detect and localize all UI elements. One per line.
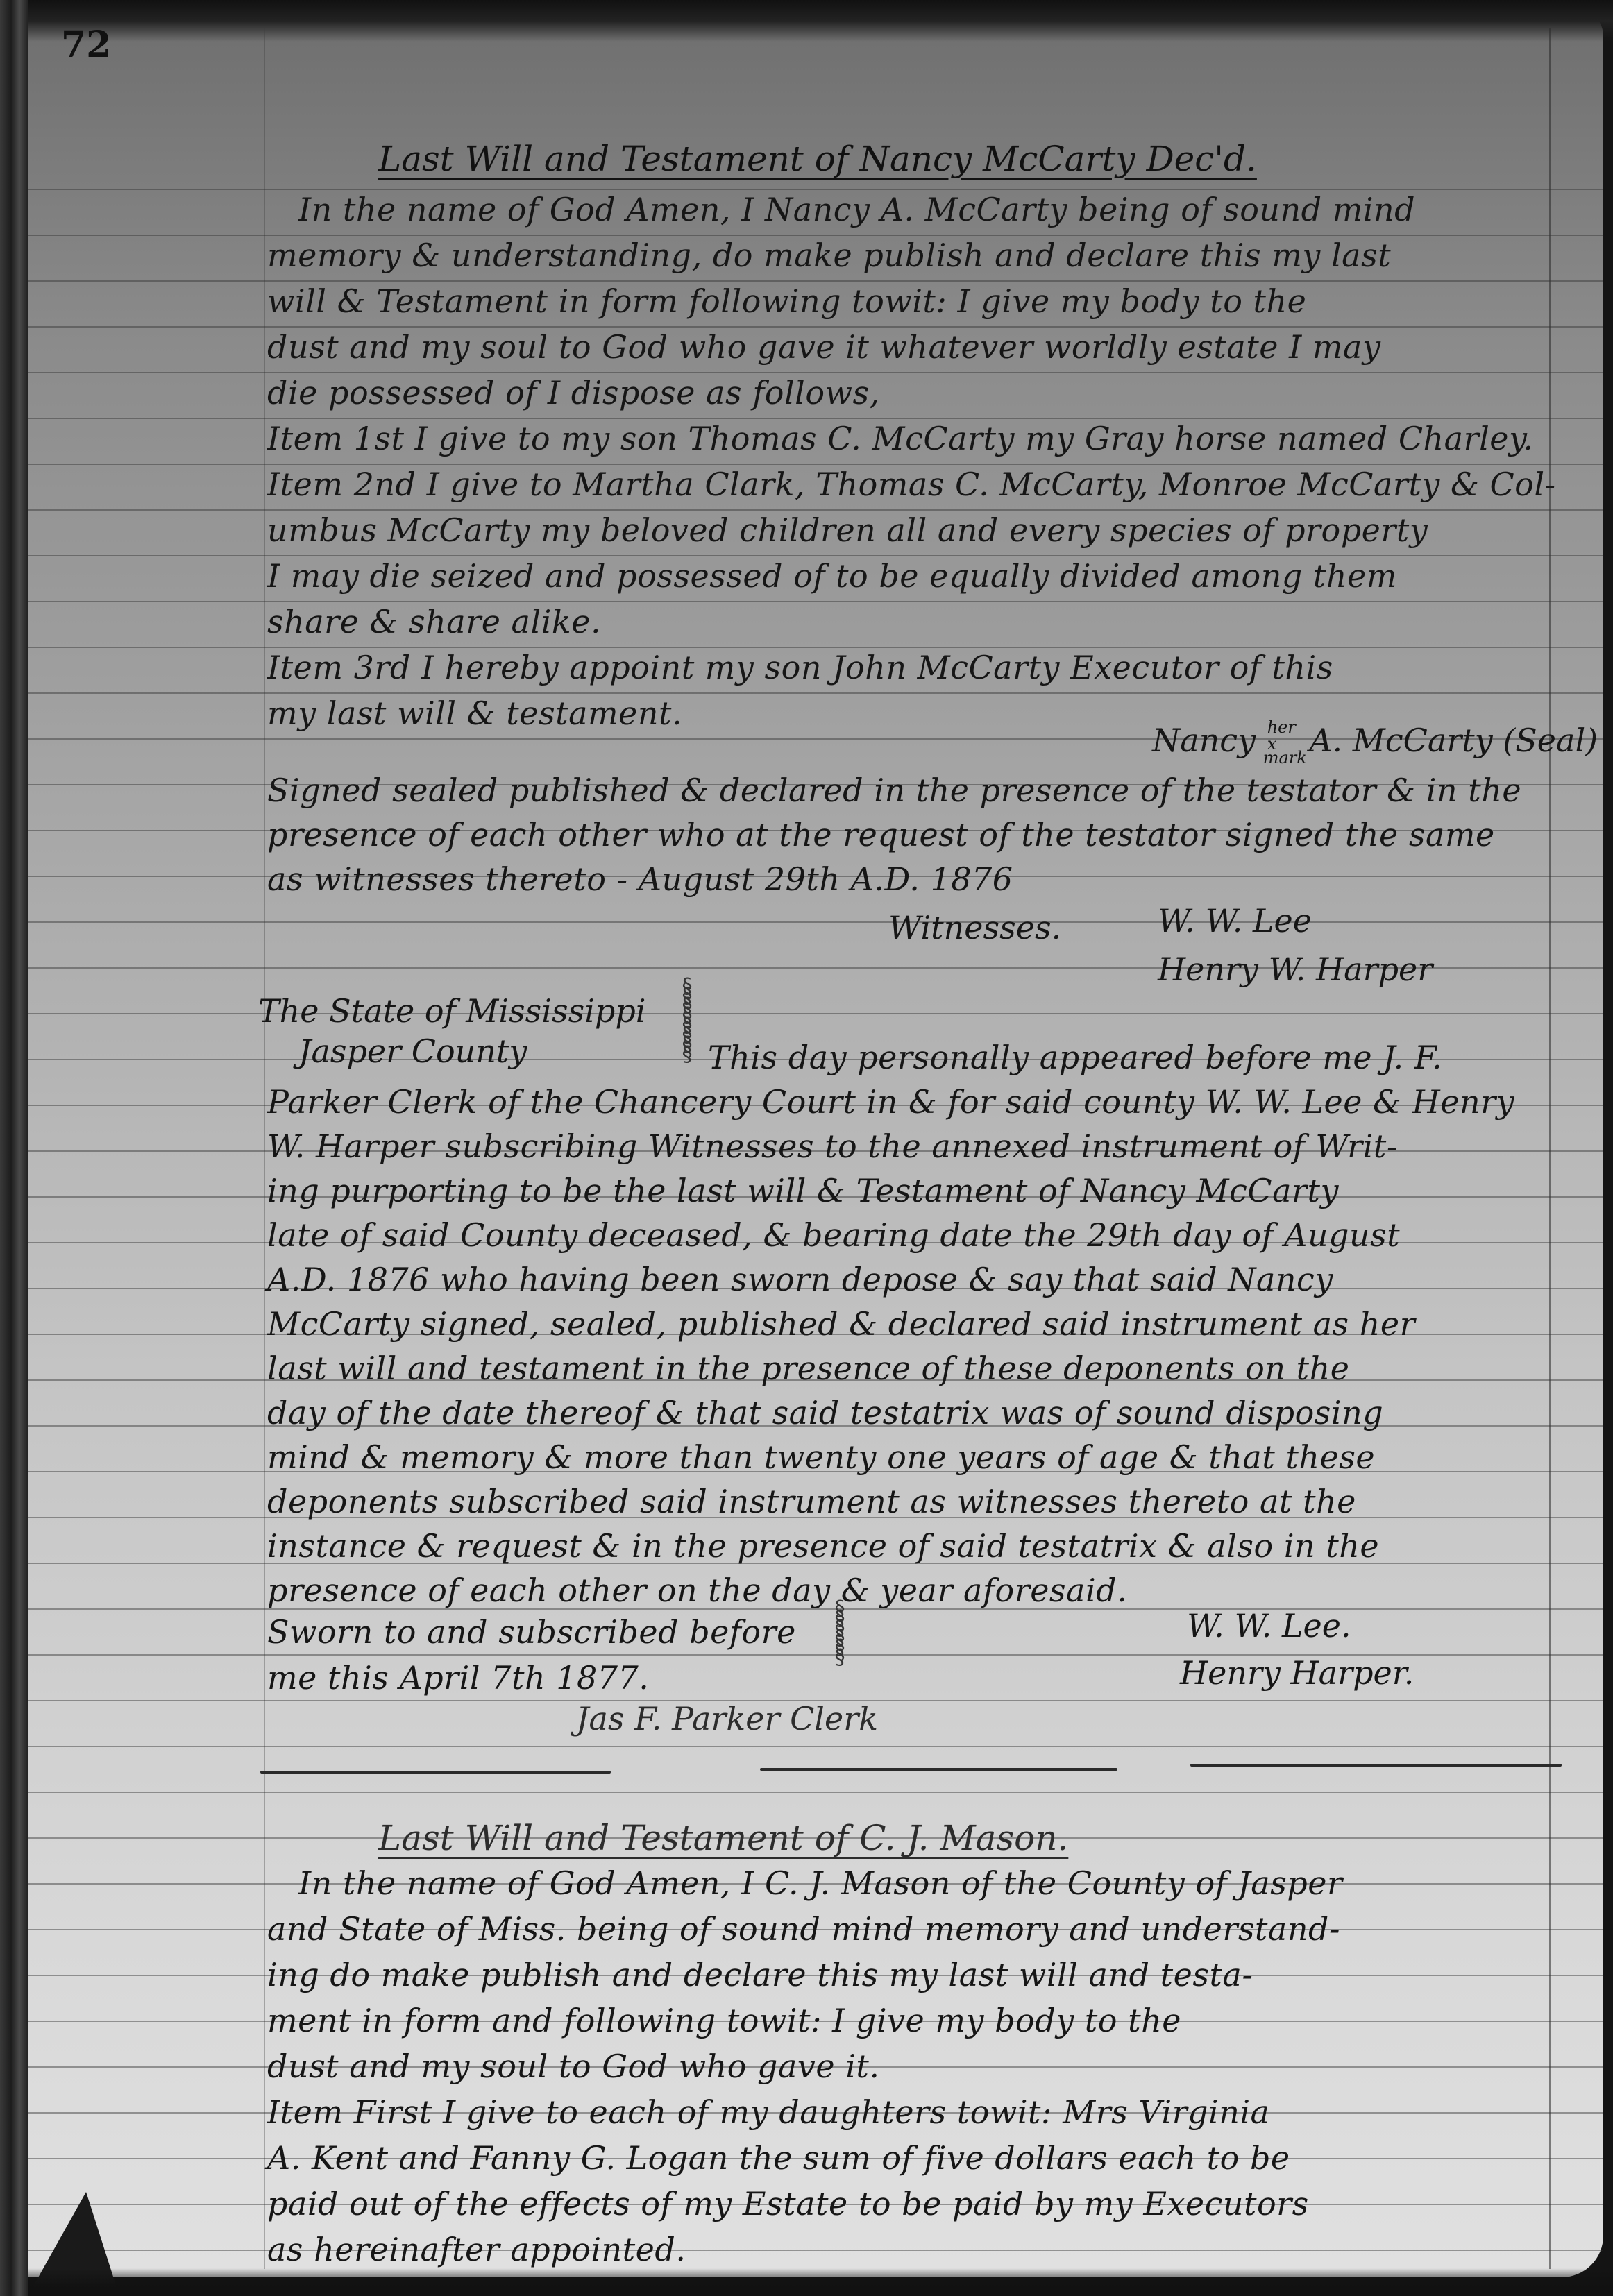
signature-rest: A. McCarty (Seal) — [1309, 722, 1598, 759]
bottom-edge-shadow — [28, 2268, 1613, 2296]
handwritten-line: Parker Clerk of the Chancery Court in & … — [267, 1078, 1544, 1125]
handwritten-line: Sworn to and subscribed before — [267, 1608, 1544, 1656]
handwritten-line: paid out of the effects of my Estate to … — [267, 2180, 1544, 2227]
will-1-title: Last Will and Testament of Nancy McCarty… — [378, 139, 1257, 179]
mark-word: mark — [1263, 748, 1307, 767]
handwritten-line: instance & request & in the presence of … — [267, 1522, 1544, 1570]
testator-signature: Nancy her x mark A. McCarty (Seal) — [1152, 722, 1598, 759]
handwritten-line: This day personally appeared before me J… — [708, 1034, 1613, 1081]
handwritten-line: I may die seized and possessed of to be … — [267, 552, 1544, 599]
handwritten-line: McCarty signed, sealed, published & decl… — [267, 1300, 1544, 1347]
handwritten-line: dust and my soul to God who gave it. — [267, 2043, 1544, 2090]
handwritten-line: and State of Miss. being of sound mind m… — [267, 1905, 1544, 1953]
handwritten-line: memory & understanding, do make publish … — [267, 232, 1544, 279]
handwritten-line: A.D. 1876 who having been sworn depose &… — [267, 1256, 1544, 1303]
right-margin-line — [1549, 28, 1551, 2269]
probate-witness-2-signature: Henry Harper. — [1180, 1654, 1414, 1692]
signature-first-name: Nancy — [1152, 722, 1256, 759]
ruled-line — [28, 1792, 1603, 1793]
handwritten-line: ing do make publish and declare this my … — [267, 1951, 1544, 1998]
handwritten-line: will & Testament in form following towit… — [267, 278, 1544, 325]
handwritten-line: late of said County deceased, & bearing … — [267, 1211, 1544, 1259]
left-margin-line — [264, 28, 265, 2269]
handwritten-line: last will and testament in the presence … — [267, 1345, 1544, 1392]
clerk-signature: Jas F. Parker Clerk — [576, 1700, 878, 1737]
handwritten-line: as witnesses thereto - August 29th A.D. … — [267, 856, 1544, 903]
handwritten-line: Item 2nd I give to Martha Clark, Thomas … — [267, 461, 1544, 508]
handwritten-line: ing purporting to be the last will & Tes… — [267, 1167, 1544, 1214]
handwritten-line: Item 1st I give to my son Thomas C. McCa… — [267, 415, 1544, 462]
handwritten-line: ment in form and following towit: I give… — [267, 1997, 1544, 2044]
handwritten-line: W. Harper subscribing Witnesses to the a… — [267, 1123, 1544, 1170]
handwritten-line: Item 3rd I hereby appoint my son John Mc… — [267, 644, 1544, 691]
probate-witness-1-signature: W. W. Lee. — [1187, 1607, 1351, 1644]
handwritten-line: as hereinafter appointed. — [267, 2226, 1544, 2273]
page-number: 72 — [61, 24, 111, 66]
handwritten-line: die possessed of I dispose as follows, — [267, 369, 1544, 416]
seal-bracket-icon-2: §§§§§§ — [829, 1604, 850, 1663]
ruled-line — [28, 1746, 1603, 1747]
handwritten-line: presence of each other who at the reques… — [267, 811, 1544, 858]
seal-bracket-icon: §§§§§§§§ — [677, 982, 698, 1060]
section-divider-3 — [1190, 1764, 1562, 1767]
handwritten-line: share & share alike. — [267, 598, 1544, 645]
handwritten-line: umbus McCarty my beloved children all an… — [267, 507, 1544, 554]
will-2-title: Last Will and Testament of C. J. Mason. — [378, 1818, 1068, 1858]
handwritten-line: dust and my soul to God who gave it what… — [267, 323, 1544, 371]
ruled-line — [28, 921, 1603, 923]
handwritten-line: presence of each other on the day & year… — [267, 1567, 1544, 1614]
section-divider-2 — [760, 1768, 1117, 1771]
witness-1-signature: W. W. Lee — [1158, 902, 1312, 939]
handwritten-line: A. Kent and Fanny G. Logan the sum of fi… — [267, 2134, 1544, 2182]
probate-state: The State of Mississippi — [258, 992, 646, 1030]
witness-2-signature: Henry W. Harper — [1158, 951, 1433, 988]
handwritten-line: mind & memory & more than twenty one yea… — [267, 1434, 1544, 1481]
witnesses-label: Witnesses. — [888, 909, 1061, 946]
section-divider-1 — [260, 1771, 611, 1774]
book-binding — [0, 0, 28, 2296]
handwritten-line: In the name of God Amen, I Nancy A. McCa… — [298, 186, 1576, 233]
handwritten-line: deponents subscribed said instrument as … — [267, 1478, 1544, 1525]
handwritten-line: Item First I give to each of my daughter… — [267, 2089, 1544, 2136]
handwritten-line: day of the date thereof & that said test… — [267, 1389, 1544, 1436]
probate-county: Jasper County — [298, 1032, 527, 1070]
handwritten-line: In the name of God Amen, I C. J. Mason o… — [298, 1860, 1576, 1907]
handwritten-line: Signed sealed published & declared in th… — [267, 767, 1544, 814]
